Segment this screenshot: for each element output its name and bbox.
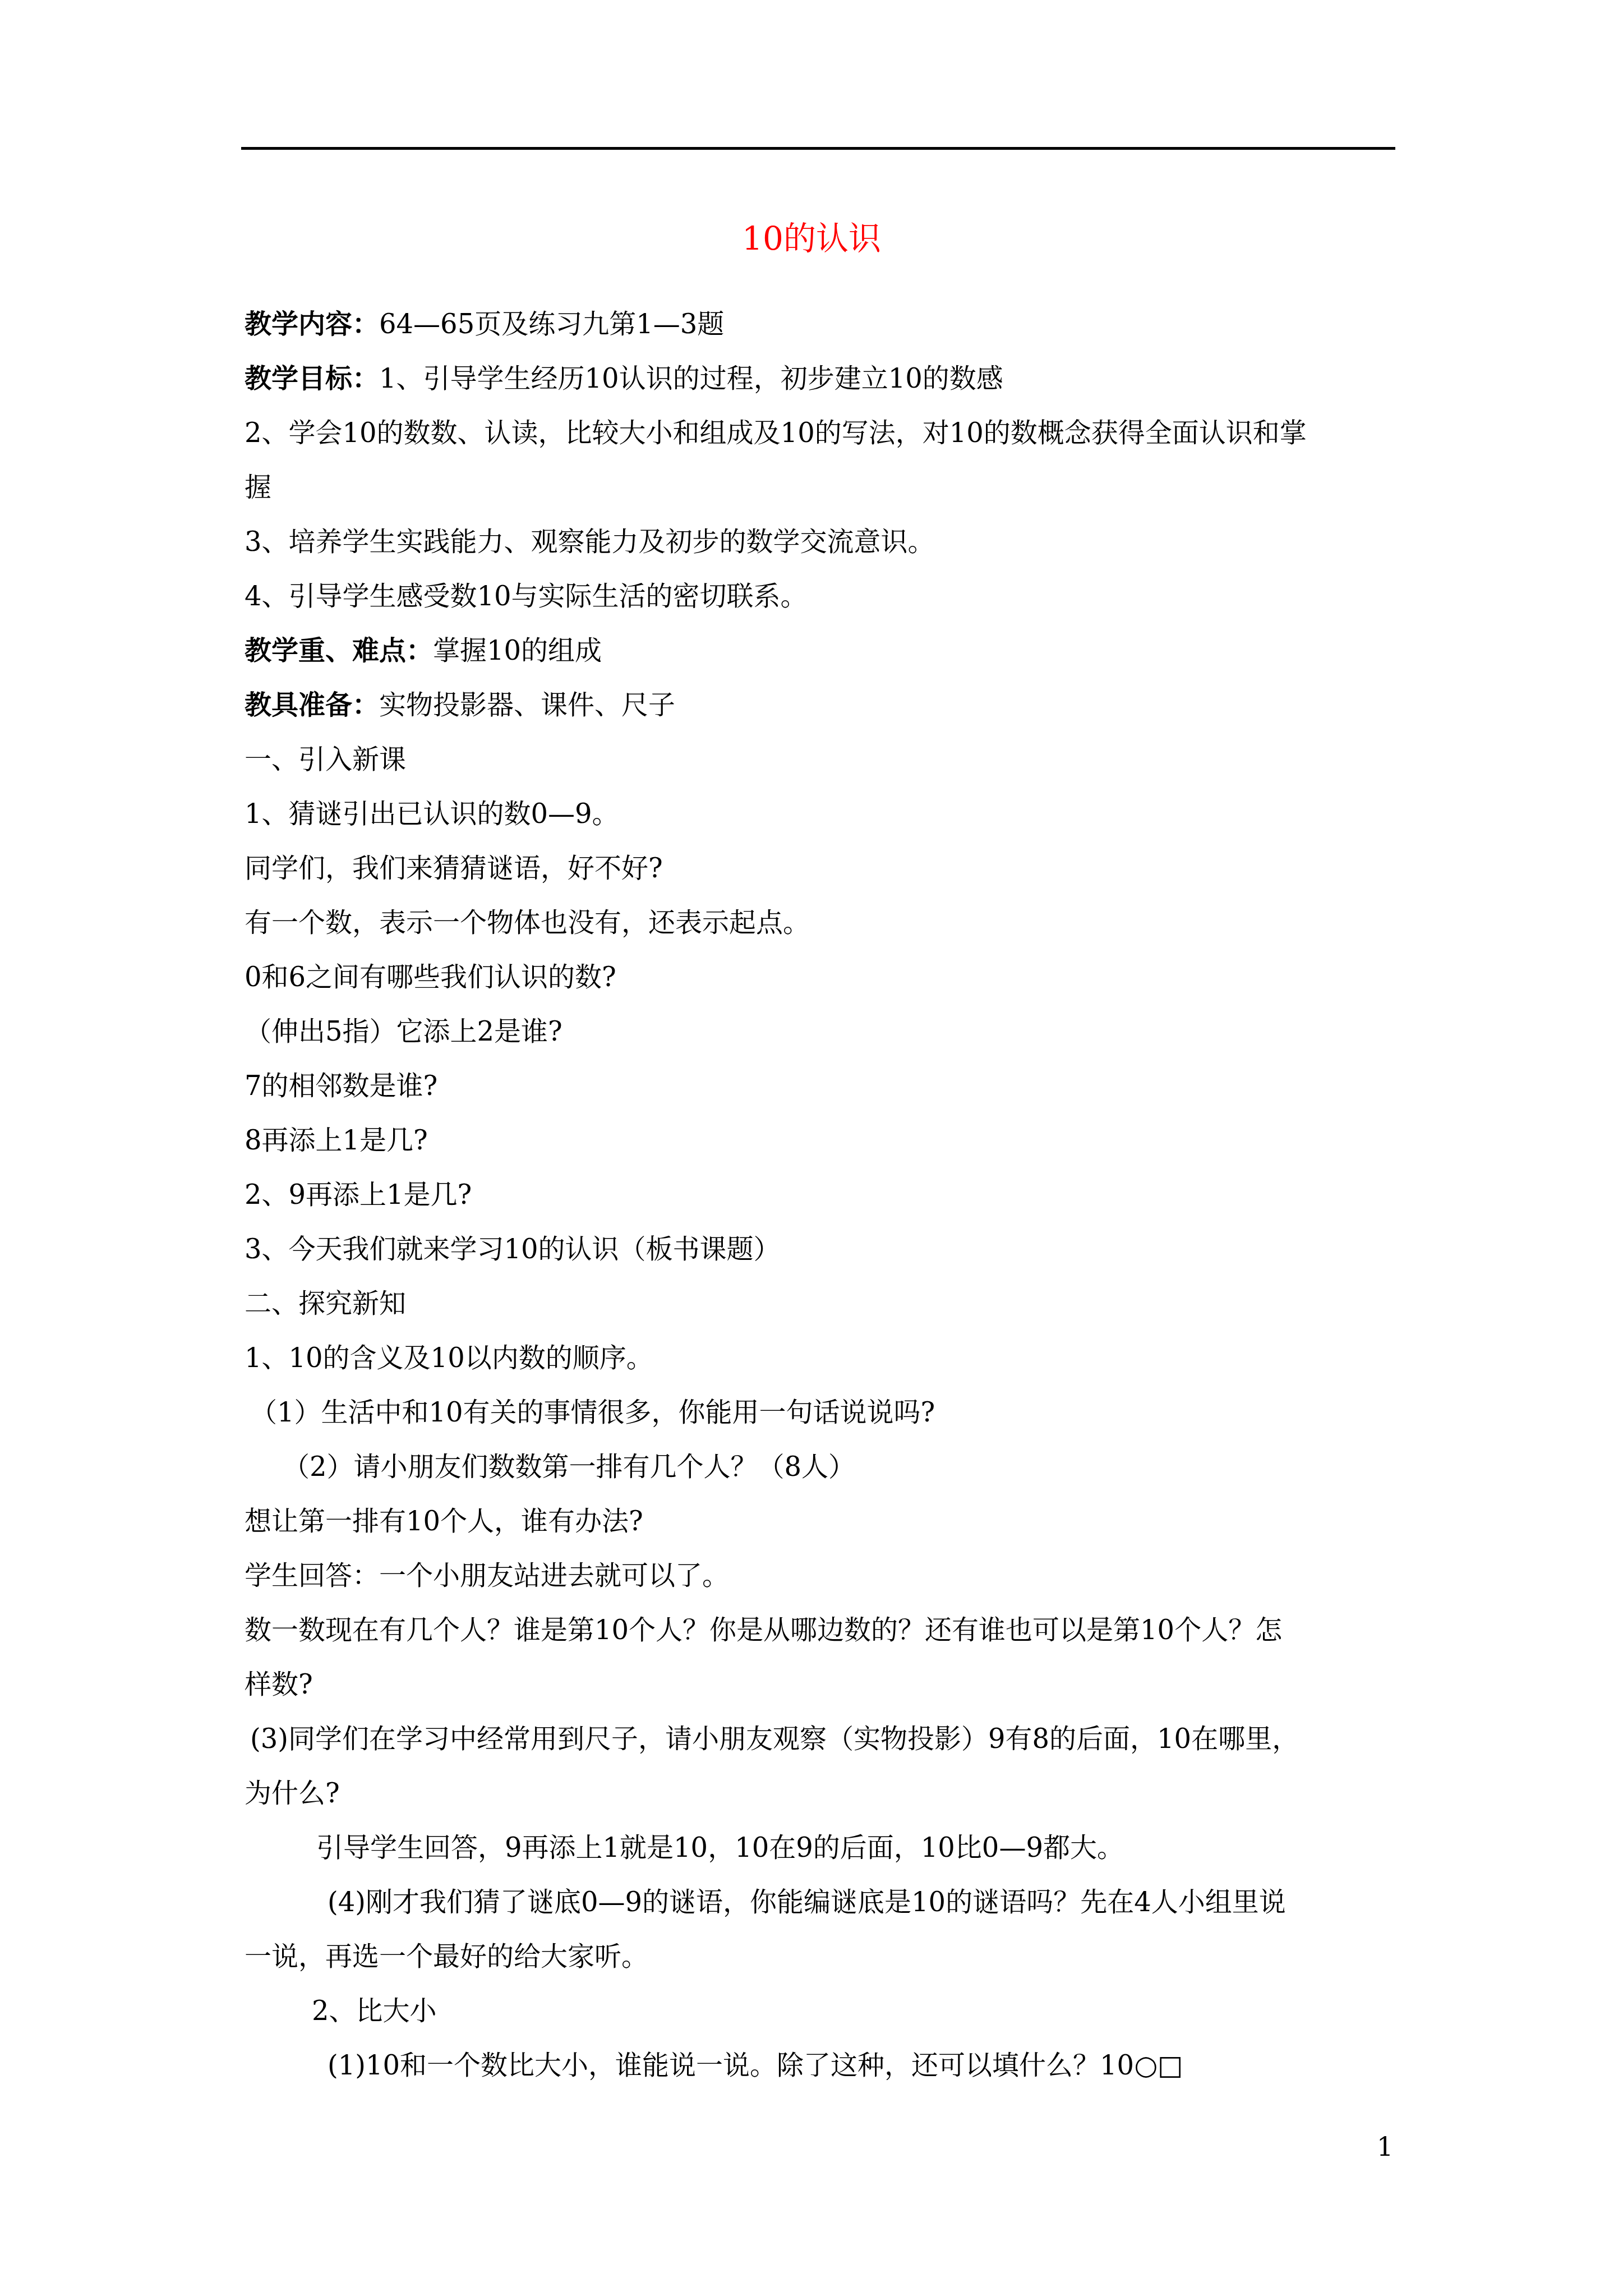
key-point: 教学重、难点：掌握10的组成	[245, 624, 1400, 678]
key-point-label: 教学重、难点：	[245, 635, 433, 666]
section-line: (3)同学们在学习中经常用到尺子，请小朋友观察（实物投影）9有8的后面，10在哪…	[245, 1712, 1400, 1766]
tools: 教具准备：实物投影器、课件、尺子	[245, 678, 1400, 733]
section-line: 学生回答：一个小朋友站进去就可以了。	[245, 1549, 1400, 1603]
section-line: 想让第一排有10个人，谁有办法?	[245, 1494, 1400, 1549]
section-line: 为什么?	[245, 1766, 1400, 1821]
teaching-goal-label: 教学目标：	[245, 363, 379, 394]
document-body: 教学内容：64—65页及练习九第1—3题 教学目标：1、引导学生经历10认识的过…	[245, 297, 1400, 2093]
section-line: 1、10的含义及10以内数的顺序。	[245, 1331, 1400, 1386]
section-line: 1、猜谜引出已认识的数0—9。	[245, 787, 1400, 841]
tools-text: 实物投影器、课件、尺子	[379, 689, 675, 721]
goal-line: 4、引导学生感受数10与实际生活的密切联系。	[245, 569, 1400, 624]
section-line: 有一个数，表示一个物体也没有，还表示起点。	[245, 896, 1400, 950]
section-line: 引导学生回答，9再添上1就是10，10在9的后面，10比0—9都大。	[245, 1821, 1400, 1875]
teaching-goal: 教学目标：1、引导学生经历10认识的过程，初步建立10的数感	[245, 352, 1400, 406]
header-rule	[241, 147, 1395, 150]
goal-line: 2、学会10的数数、认读，比较大小和组成及10的写法，对10的数概念获得全面认识…	[245, 406, 1400, 461]
tools-label: 教具准备：	[245, 689, 379, 721]
section-line: 同学们，我们来猜猜谜语，好不好?	[245, 841, 1400, 896]
page-number: 1	[1377, 2132, 1393, 2162]
section-line: 3、今天我们就来学习10的认识（板书课题）	[245, 1222, 1400, 1277]
section-line: (1)10和一个数比大小，谁能说一说。除了这种，还可以填什么？10○□	[245, 2039, 1400, 2093]
section-line: (4)刚才我们猜了谜底0—9的谜语，你能编谜底是10的谜语吗？先在4人小组里说	[245, 1875, 1400, 1930]
section-line: 2、9再添上1是几?	[245, 1168, 1400, 1222]
section-line: （2）请小朋友们数数第一排有几个人？（8人）	[245, 1440, 1400, 1494]
section-heading: 二、探究新知	[245, 1277, 1400, 1331]
document-title: 10的认识	[0, 216, 1623, 261]
section-line: 8再添上1是几?	[245, 1114, 1400, 1168]
goal-line: 3、培养学生实践能力、观察能力及初步的数学交流意识。	[245, 515, 1400, 569]
section-line: 2、比大小	[245, 1984, 1400, 2039]
teaching-goal-text: 1、引导学生经历10认识的过程，初步建立10的数感	[379, 363, 1003, 394]
teaching-content-label: 教学内容：	[245, 309, 379, 340]
goal-line: 握	[245, 461, 1400, 515]
teaching-content-text: 64—65页及练习九第1—3题	[379, 309, 724, 340]
section-line: （1）生活中和10有关的事情很多，你能用一句话说说吗?	[245, 1386, 1400, 1440]
section-line: 0和6之间有哪些我们认识的数?	[245, 950, 1400, 1005]
section-line: 样数?	[245, 1658, 1400, 1712]
section-line: 一说，再选一个最好的给大家听。	[245, 1930, 1400, 1984]
section-line: （伸出5指）它添上2是谁?	[245, 1005, 1400, 1059]
key-point-text: 掌握10的组成	[433, 635, 602, 666]
teaching-content: 教学内容：64—65页及练习九第1—3题	[245, 297, 1400, 352]
section-line: 数一数现在有几个人？谁是第10个人？你是从哪边数的？还有谁也可以是第10个人？怎	[245, 1603, 1400, 1658]
section-line: 7的相邻数是谁?	[245, 1059, 1400, 1114]
section-heading: 一、引入新课	[245, 733, 1400, 787]
